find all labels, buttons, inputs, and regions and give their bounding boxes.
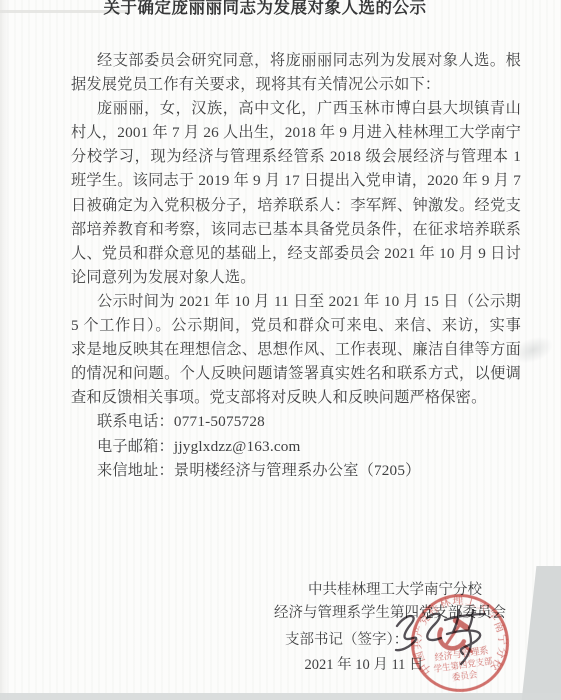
seal-inner-text-3: 委员会 xyxy=(451,669,478,683)
scan-edge-left xyxy=(0,0,9,700)
announcement-page: 关于确定庞丽丽同志为发展对象人选的公示 经支部委员会研究同意，将庞丽丽同志列为发… xyxy=(0,0,561,700)
paragraph-notice-period: 公示时间为 2021 年 10 月 11 日至 2021 年 10 月 15 日… xyxy=(71,290,521,410)
handwritten-signature xyxy=(383,604,501,668)
document-body: 经支部委员会研究同意，将庞丽丽同志列为发展对象人选。根据发展党员工作有关要求，现… xyxy=(71,49,521,483)
contact-phone-line: 联系电话：0771-5075728 xyxy=(71,410,521,434)
scan-edge-bottom xyxy=(0,693,561,700)
scan-edge-right xyxy=(520,566,561,700)
paragraph-profile: 庞丽丽，女，汉族，高中文化，广西玉林市博白县大坝镇青山村人，2001 年 7 月… xyxy=(71,97,521,290)
contact-email-line: 电子邮箱：jjyglxdzz@163.com xyxy=(71,435,521,459)
paragraph-intro: 经支部委员会研究同意，将庞丽丽同志列为发展对象人选。根据发展党员工作有关要求，现… xyxy=(71,49,521,97)
document-title: 关于确定庞丽丽同志为发展对象人选的公示 xyxy=(30,0,500,18)
contact-address-line: 来信地址：景明楼经济与管理系办公室（7205） xyxy=(71,459,521,483)
